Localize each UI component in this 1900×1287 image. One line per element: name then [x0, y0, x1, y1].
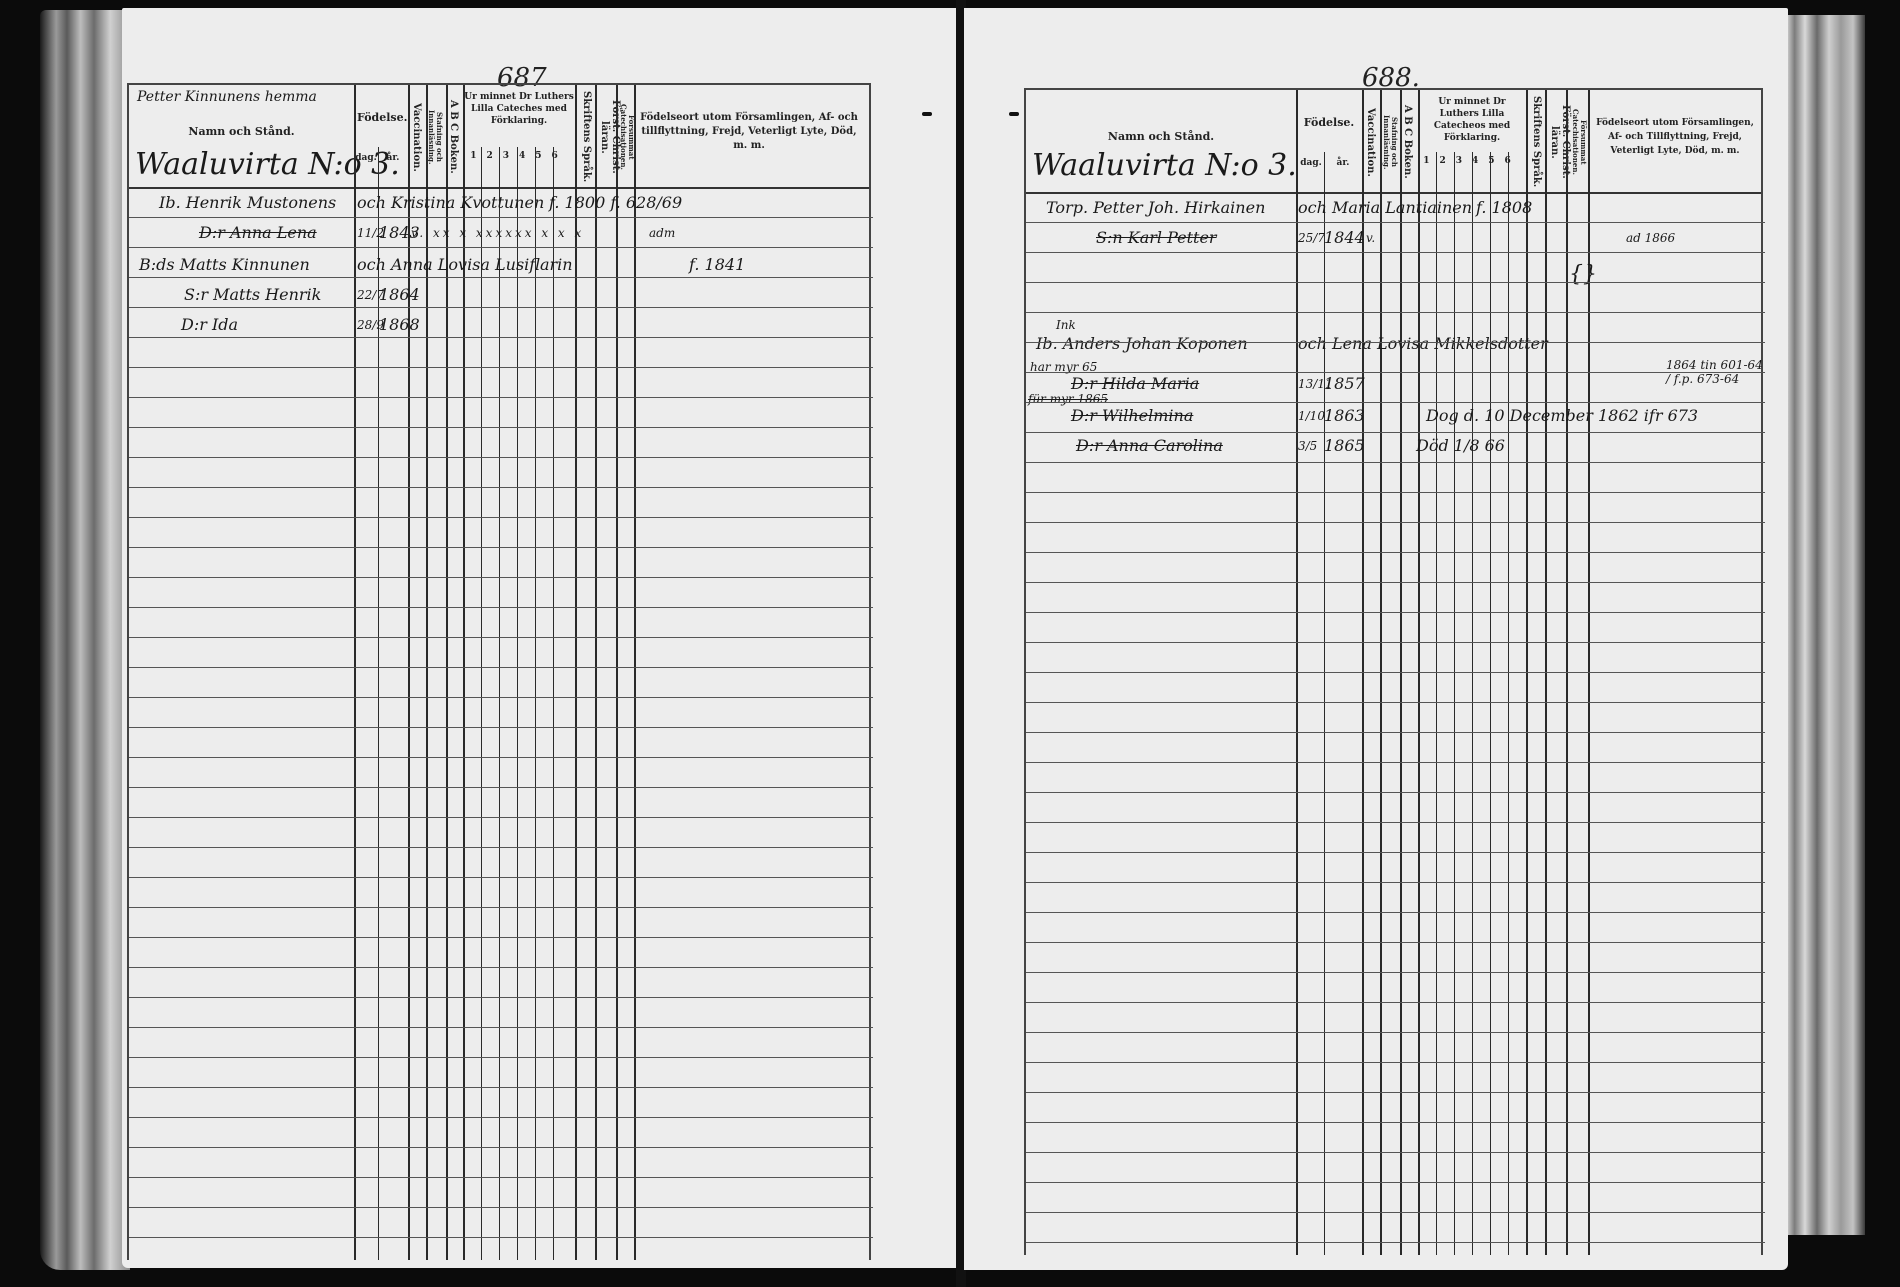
ruled-row-line	[129, 307, 873, 308]
entry-name: D:r Ida	[181, 315, 238, 334]
ruled-row-line	[1026, 402, 1765, 403]
ruled-row-line	[129, 727, 873, 728]
header-name: Namn och Stånd.	[129, 125, 354, 139]
ruled-row-line	[129, 1177, 873, 1178]
header-birth: Födelse.	[1298, 116, 1360, 130]
brace-mark: {}	[1569, 262, 1597, 287]
register-form-left: Petter Kinnunens hemma Namn och Stånd. W…	[127, 83, 871, 1260]
ruled-row-line	[129, 607, 873, 608]
ruled-row-line	[129, 1087, 873, 1088]
header-birth-day: dag.	[1298, 158, 1324, 168]
ruled-row-line	[129, 817, 873, 818]
col-divider	[1436, 152, 1437, 1255]
ruled-row-line	[1026, 1212, 1765, 1213]
ruled-row-line	[1026, 612, 1765, 613]
ruled-row-line	[1026, 1242, 1765, 1243]
entry-name: Ib. Henrik Mustonens	[159, 193, 336, 212]
entry-name: D:r Anna Lena	[199, 223, 317, 242]
book-edge-right	[1785, 15, 1865, 1235]
ruled-row-line	[129, 757, 873, 758]
entry-date: 1/10	[1298, 409, 1325, 423]
header-name: Namn och Stånd.	[1026, 130, 1296, 144]
entry-year: 1868	[379, 315, 420, 334]
col-divider	[1508, 152, 1509, 1255]
col-divider	[595, 85, 597, 1260]
ruled-row-line	[129, 337, 873, 338]
ruled-row-line	[129, 487, 873, 488]
household-title: Petter Kinnunens hemma	[137, 89, 317, 105]
entry-date: 3/5	[1298, 439, 1317, 453]
header-remarks: Födelseort utom Församlingen, Af- och ti…	[634, 111, 864, 153]
ruled-row-line	[1026, 222, 1765, 223]
ruled-row-line	[129, 937, 873, 938]
ruled-row-line	[129, 997, 873, 998]
ruled-row-line	[1026, 462, 1765, 463]
entry-prefix: Ink	[1056, 318, 1076, 332]
col-divider	[634, 85, 636, 1260]
entry-name: D:r Hilda Maria	[1071, 374, 1199, 393]
entry-continuation: och Anna Lovisa Lusiflarin	[357, 255, 573, 274]
ruled-row-line	[129, 247, 873, 248]
ruled-row-line	[1026, 312, 1765, 313]
ruled-row-line	[129, 517, 873, 518]
ruled-row-line	[1026, 852, 1765, 853]
ruled-row-line	[1026, 672, 1765, 673]
ruled-row-line	[129, 847, 873, 848]
header-abc-book: A B C Boken.	[448, 91, 459, 183]
register-form-right: Namn och Stånd. Waaluvirta N:o 3. Födels…	[1024, 88, 1763, 1255]
header-birth-year: år.	[1326, 158, 1360, 168]
entry-marks: v.	[1366, 231, 1375, 245]
col-divider	[553, 147, 554, 1260]
header-vaccination: Vaccination.	[1365, 96, 1376, 188]
ruled-row-line	[1026, 552, 1765, 553]
col-divider	[354, 85, 356, 1260]
ruled-row-line	[1026, 942, 1765, 943]
entry-date: 25/7	[1298, 231, 1325, 245]
ruled-row-line	[1026, 642, 1765, 643]
ruled-row-line	[129, 877, 873, 878]
ruled-row-line	[129, 577, 873, 578]
entry-name: Torp. Petter Joh. Hirkainen	[1046, 198, 1265, 217]
ruled-row-line	[129, 547, 873, 548]
ruled-row-line	[129, 667, 873, 668]
ruled-row-line	[129, 1147, 873, 1148]
col-divider	[499, 147, 500, 1260]
col-divider	[1454, 152, 1455, 1255]
ruled-row-line	[1026, 1092, 1765, 1093]
ruled-row-line	[1026, 522, 1765, 523]
header-catechism: Ur minnet Dr Luthers Lilla Cateches med …	[464, 91, 574, 127]
ruled-row-line	[129, 457, 873, 458]
col-divider	[616, 85, 618, 1260]
col-divider	[535, 147, 536, 1260]
form-header: Namn och Stånd. Waaluvirta N:o 3. Födels…	[1026, 90, 1761, 194]
entry-remarks: f. 1841	[689, 255, 745, 274]
ruled-row-line	[1026, 582, 1765, 583]
header-vaccination: Vaccination.	[411, 91, 422, 183]
ruled-row-line	[1026, 372, 1765, 373]
ruled-row-line	[1026, 792, 1765, 793]
header-catechism: Ur minnet Dr Luthers Lilla Catecheos med…	[1419, 96, 1525, 144]
ruled-row-line	[129, 217, 873, 218]
entry-year: 1864	[379, 285, 420, 304]
left-page: 687 Petter Kinnunens hemma Namn och Stån…	[122, 8, 960, 1268]
entry-continuation: och Maria Lantiainen	[1298, 198, 1472, 217]
ruled-row-line	[1026, 1002, 1765, 1003]
ruled-row-line	[129, 367, 873, 368]
header-scripture: Skriftens Språk.	[581, 91, 592, 183]
ruled-row-line	[1026, 1062, 1765, 1063]
entry-name: S:r Matts Henrik	[184, 285, 321, 304]
col-divider	[1324, 152, 1325, 1255]
ruled-row-line	[1026, 882, 1765, 883]
ruled-row-line	[129, 1207, 873, 1208]
ruled-row-line	[1026, 282, 1765, 283]
col-divider	[575, 85, 577, 1260]
entry-remarks: ad 1866	[1626, 231, 1675, 245]
ruled-row-line	[129, 1237, 873, 1238]
col-divider	[1472, 152, 1473, 1255]
entry-remarks: f. 1800 f. 628/69	[549, 193, 682, 212]
ruled-row-line	[1026, 492, 1765, 493]
ruled-row-line	[1026, 912, 1765, 913]
entry-continuation: och Lena Lovisa Mikkelsdotter	[1298, 334, 1548, 353]
right-page: 688. Namn och Stånd. Waaluvirta N:o 3. F…	[964, 8, 1788, 1270]
header-birth-year: år.	[379, 153, 407, 163]
ruled-row-line	[1026, 252, 1765, 253]
entry-remarks: Dog d. 10 December 1862 ifr 673	[1426, 406, 1698, 425]
ruled-row-line	[129, 1117, 873, 1118]
header-abc-book: A B C Boken.	[1402, 96, 1413, 188]
entry-name: Ib. Anders Johan Koponen	[1036, 334, 1248, 353]
binding-mark	[1009, 112, 1019, 116]
entry-marks: v. xx x xxxxxx x x x	[411, 226, 584, 240]
header-scripture: Skriftens Språk.	[1531, 96, 1542, 188]
ruled-row-line	[1026, 342, 1765, 343]
entry-year: 1844	[1324, 228, 1365, 247]
entry-remarks: f. 1808	[1476, 198, 1532, 217]
ruled-row-line	[1026, 1032, 1765, 1033]
header-reading: Stafning och Innanläsning.	[1382, 96, 1398, 188]
entry-remarks: Död 1/8 66	[1416, 436, 1505, 455]
ruled-row-line	[129, 277, 873, 278]
ruled-row-line	[129, 967, 873, 968]
entry-remarks: adm	[649, 226, 675, 240]
col-divider	[378, 147, 379, 1260]
ruled-row-line	[1026, 822, 1765, 823]
village-name: Waaluvirta N:o 3.	[1032, 148, 1297, 183]
entry-name: D:r Anna Carolina	[1076, 436, 1223, 455]
ruled-row-line	[1026, 972, 1765, 973]
entry-name: D:r Wilhelmina	[1071, 406, 1193, 425]
ruled-row-line	[1026, 1122, 1765, 1123]
ruled-row-line	[129, 697, 873, 698]
ruled-row-line	[1026, 432, 1765, 433]
ruled-row-line	[1026, 1182, 1765, 1183]
entry-year: 1863	[1324, 406, 1365, 425]
col-divider	[517, 147, 518, 1260]
header-remarks: Födelseort utom Församlingen, Af- och Ti…	[1591, 116, 1759, 158]
ruled-row-line	[129, 907, 873, 908]
book-edge-left	[40, 10, 130, 1270]
header-missed-catechisation: Försummat Catechisationen.	[1571, 96, 1587, 188]
header-reading: Stafning och Innanläsning.	[427, 91, 443, 183]
ruled-row-line	[129, 1027, 873, 1028]
ruled-row-line	[129, 397, 873, 398]
ruled-row-line	[129, 787, 873, 788]
col-divider	[481, 147, 482, 1260]
ruled-row-line	[129, 637, 873, 638]
entry-year: 1857	[1324, 374, 1365, 393]
ruled-row-line	[1026, 1152, 1765, 1153]
ruled-row-line	[129, 1057, 873, 1058]
ruled-row-line	[1026, 702, 1765, 703]
entry-name: B:ds Matts Kinnunen	[139, 255, 310, 274]
ruled-row-line	[1026, 732, 1765, 733]
col-divider	[1490, 152, 1491, 1255]
header-birth: Födelse.	[357, 111, 407, 125]
header-birth-day: dag.	[355, 153, 377, 163]
entry-name: S:n Karl Petter	[1096, 228, 1217, 247]
ruled-row-line	[129, 427, 873, 428]
ruled-row-line	[1026, 762, 1765, 763]
margin-note: für myr 1865	[1028, 392, 1108, 406]
entry-continuation: och Kristina Kvottunen	[357, 193, 544, 212]
binding-mark	[922, 112, 932, 116]
entry-year: 1865	[1324, 436, 1365, 455]
header-missed-catechisation: Försummat Catechisationen.	[619, 91, 635, 183]
